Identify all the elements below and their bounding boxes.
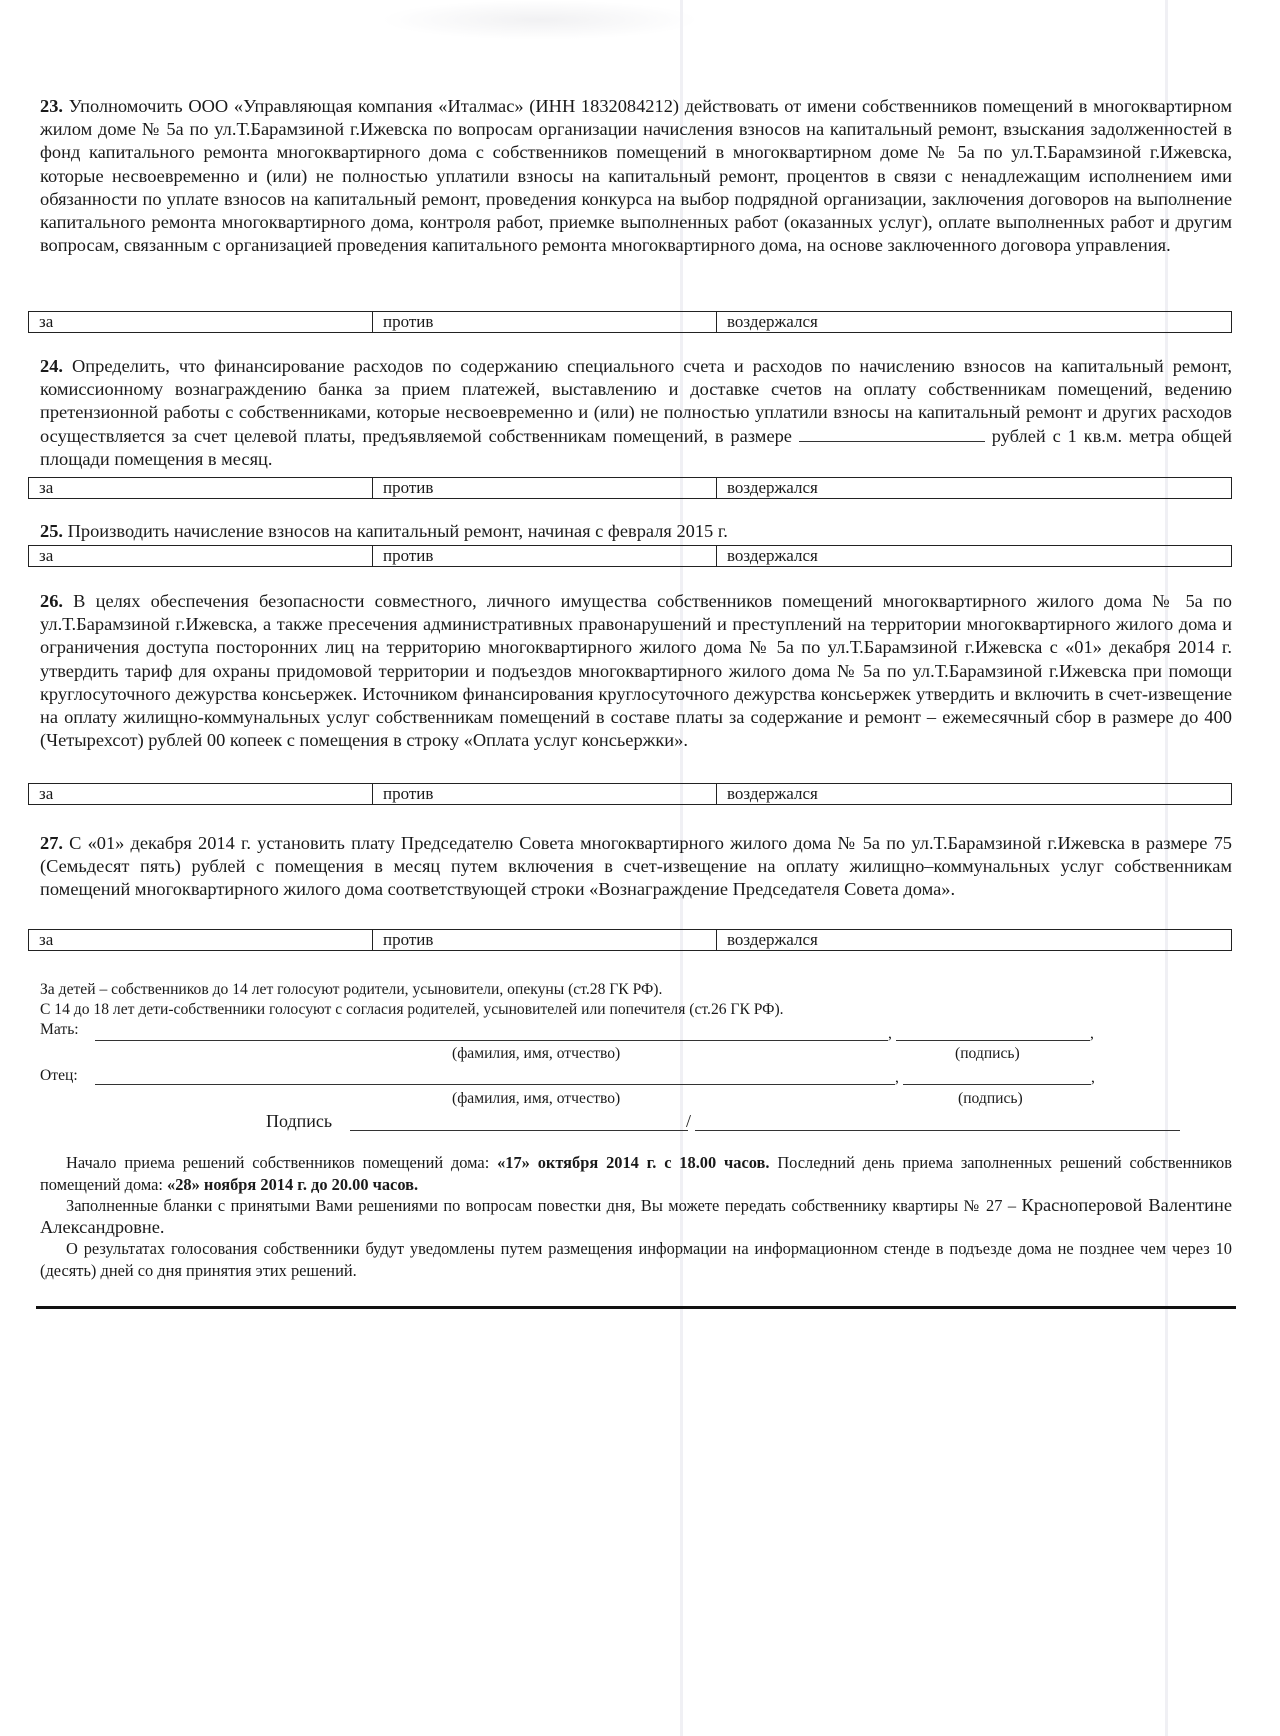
comma: , [1091, 1068, 1095, 1087]
father-fio-field[interactable] [95, 1084, 895, 1085]
vote-row-26: за против воздержался [28, 783, 1232, 805]
signature-caption: (подпись) [955, 1045, 1020, 1063]
vote-against[interactable]: против [373, 930, 717, 950]
vote-against[interactable]: против [373, 478, 717, 498]
agenda-item-23: 23. Уполномочить ООО «Управляющая компан… [40, 95, 1232, 257]
item-number: 23. [40, 96, 63, 116]
notice-start-date: «17» октября 2014 г. с 18.00 часов. [497, 1153, 769, 1172]
fio-caption: (фамилия, имя, отчество) [452, 1090, 620, 1108]
mother-fio-field[interactable] [95, 1040, 888, 1041]
vote-for[interactable]: за [29, 784, 373, 804]
notice-submit: Заполненные бланки с принятыми Вами реше… [40, 1195, 1232, 1238]
vote-abstain[interactable]: воздержался [717, 312, 1231, 332]
vote-for[interactable]: за [29, 478, 373, 498]
comma: , [888, 1024, 892, 1043]
notice-dates: Начало приема решений собственников поме… [40, 1152, 1232, 1195]
vote-for[interactable]: за [29, 546, 373, 566]
item-text: Уполномочить ООО «Управляющая компания «… [40, 96, 1232, 255]
notice-start-text: Начало приема решений собственников поме… [66, 1153, 497, 1172]
item-text: В целях обеспечения безопасности совмест… [40, 591, 1232, 750]
item-text: Производить начисление взносов на капита… [68, 521, 728, 541]
signature-field[interactable] [350, 1130, 688, 1131]
notice-results: О результатах голосования собственники б… [40, 1238, 1232, 1281]
minors-note-1: За детей – собственников до 14 лет голос… [40, 980, 662, 999]
agenda-item-24: 24. Определить, что финансирование расхо… [40, 355, 1232, 471]
father-label: Отец: [40, 1066, 78, 1085]
signature-name-field[interactable] [695, 1130, 1180, 1131]
minors-note-2: С 14 до 18 лет дети-собственники голосую… [40, 1000, 784, 1019]
notice-submit-text: Заполненные бланки с принятыми Вами реше… [66, 1196, 1016, 1215]
agenda-item-25: 25. Производить начисление взносов на ка… [40, 520, 1232, 543]
item-number: 26. [40, 591, 63, 611]
vote-abstain[interactable]: воздержался [717, 546, 1231, 566]
notice-last-date: «28» ноября 2014 г. до 20.00 часов. [167, 1175, 418, 1194]
fio-caption: (фамилия, имя, отчество) [452, 1045, 620, 1063]
vote-for[interactable]: за [29, 930, 373, 950]
item-text: С «01» декабря 2014 г. установить плату … [40, 833, 1232, 899]
vote-row-27: за против воздержался [28, 929, 1232, 951]
vote-abstain[interactable]: воздержался [717, 478, 1231, 498]
vote-abstain[interactable]: воздержался [717, 930, 1231, 950]
father-signature-field[interactable] [903, 1084, 1091, 1085]
signature-caption: (подпись) [958, 1090, 1023, 1108]
vote-against[interactable]: против [373, 784, 717, 804]
agenda-item-26: 26. В целях обеспечения безопасности сов… [40, 590, 1232, 752]
bottom-rule [36, 1306, 1236, 1309]
amount-blank[interactable] [799, 440, 985, 442]
signature-label: Подпись [266, 1110, 332, 1132]
item-number: 25. [40, 521, 63, 541]
mother-label: Мать: [40, 1020, 79, 1039]
mother-signature-field[interactable] [896, 1040, 1090, 1041]
vote-against[interactable]: против [373, 546, 717, 566]
comma: , [1090, 1024, 1094, 1043]
document-page: 23. Уполномочить ООО «Управляющая компан… [0, 0, 1280, 1736]
vote-row-23: за против воздержался [28, 311, 1232, 333]
scan-artifact [380, 0, 700, 40]
notice-block: Начало приема решений собственников поме… [40, 1152, 1232, 1281]
vote-against[interactable]: против [373, 312, 717, 332]
slash: / [686, 1112, 691, 1131]
comma: , [895, 1068, 899, 1087]
vote-for[interactable]: за [29, 312, 373, 332]
vote-abstain[interactable]: воздержался [717, 784, 1231, 804]
item-number: 27. [40, 833, 63, 853]
item-number: 24. [40, 356, 63, 376]
agenda-item-27: 27. С «01» декабря 2014 г. установить пл… [40, 832, 1232, 902]
vote-row-25: за против воздержался [28, 545, 1232, 567]
vote-row-24: за против воздержался [28, 477, 1232, 499]
